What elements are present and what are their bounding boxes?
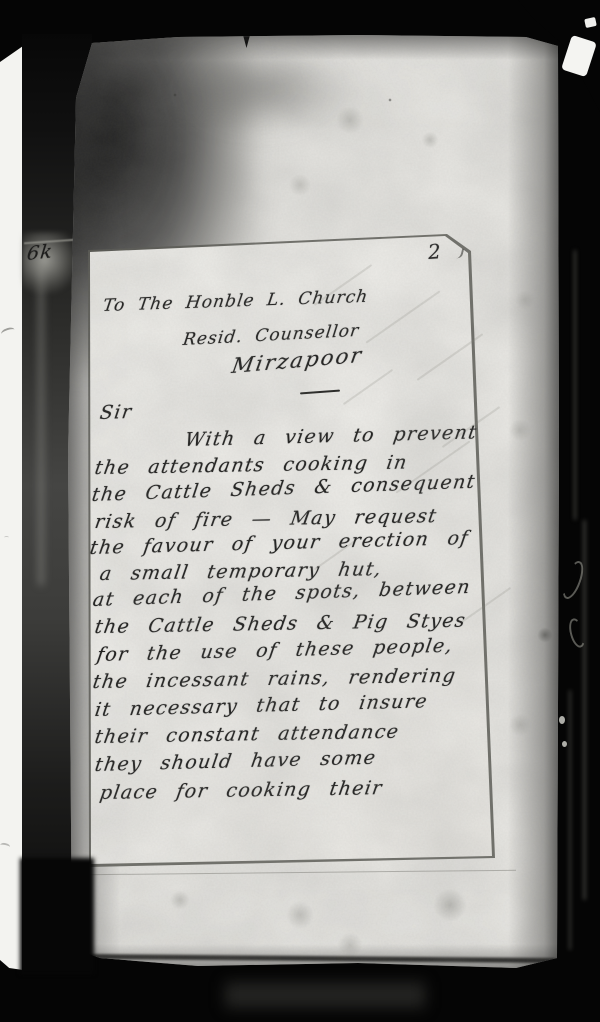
margin-smudge [0, 842, 11, 850]
binding-streak [574, 250, 576, 520]
binding-streak [569, 690, 571, 950]
salutation: Sir [98, 401, 133, 424]
binding-streak [583, 520, 586, 900]
margin-annotation: 6k [26, 240, 54, 265]
margin-smudge [4, 536, 9, 539]
binding-speck [559, 716, 565, 724]
bottom-edge-patch [225, 982, 425, 1008]
binding-speck [562, 741, 567, 747]
book-page: 2 To The Honble L. Church Resid. Counsel… [58, 34, 566, 974]
gutter-highlight [38, 266, 44, 586]
page-number: 2 [427, 239, 441, 264]
fore-edge-strip [0, 46, 23, 970]
book-scan: 6k 2 To The Honble L. Church Resid. Coun… [0, 0, 600, 1022]
margin-smudge [0, 326, 16, 338]
gutter-bottom-shadow [20, 858, 94, 974]
